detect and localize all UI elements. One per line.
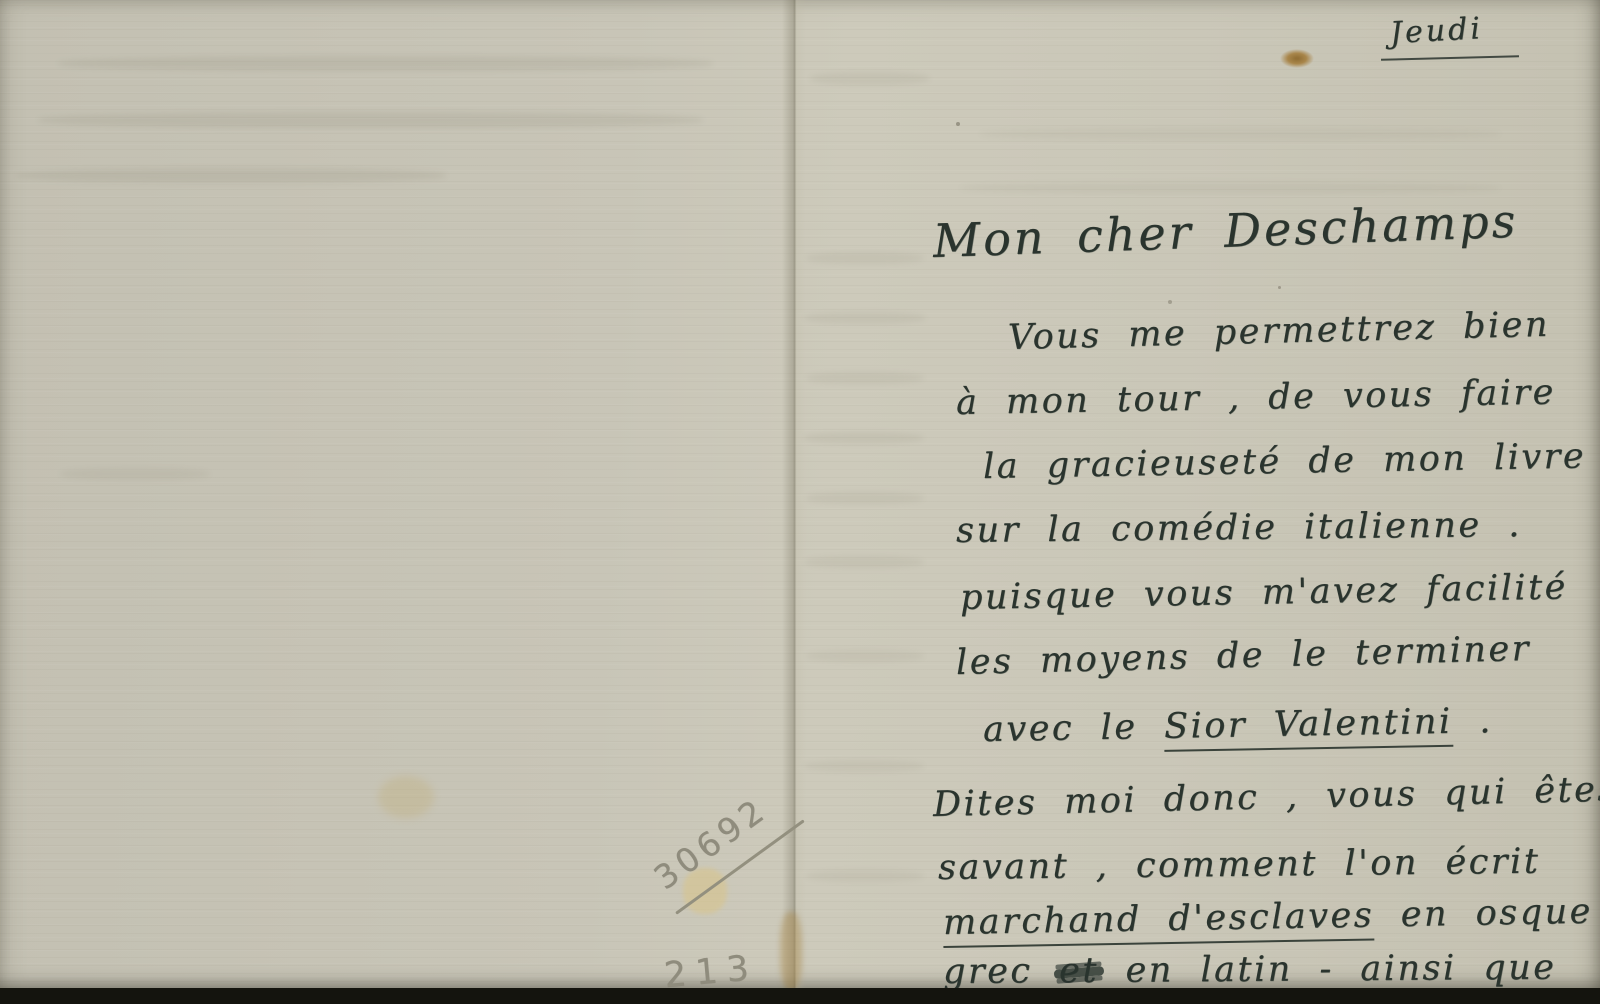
scanner-background-edge: [0, 988, 1600, 1004]
letter-text: la gracieuseté de mon livre: [983, 436, 1587, 487]
letter-paper-bifolium: Jeudi Mon cher Deschamps Vous me permett…: [0, 0, 1600, 990]
letter-text: - ainsi que: [1293, 948, 1557, 990]
letter-line: les moyens de le terminer: [956, 629, 1532, 683]
scribbled-out-word: et: [1059, 951, 1099, 991]
letter-text: à mon tour , de vous faire: [956, 373, 1556, 423]
underlined-text: Sior Valentini: [1164, 702, 1453, 752]
letter-line: sur la comédie italienne .: [956, 505, 1522, 551]
letter-line: Dites moi donc , vous qui êtes: [933, 769, 1600, 825]
letter-text: Dites moi donc , vous qui êtes: [933, 769, 1600, 825]
letter-text: savant , comment l'on écrit: [938, 842, 1541, 888]
letter-line: grec et en latin - ainsi que: [943, 948, 1557, 992]
letter-line: Vous me permettrez bien: [1008, 305, 1551, 358]
letter-text: en: [1099, 950, 1201, 991]
letter-line: puisque vous m'avez facilité: [960, 567, 1568, 618]
letter-body: Vous me permettrez bienà mon tour , de v…: [0, 0, 1600, 990]
letter-line: la gracieuseté de mon livre: [983, 436, 1587, 487]
letter-text: en osque , etc: [1374, 889, 1600, 935]
letter-line: marchand d'esclaves en osque , etc: [943, 889, 1600, 943]
letter-text: sur la comédie italienne .: [956, 505, 1522, 551]
underlined-text: marchand d'esclaves: [943, 895, 1375, 948]
letter-line: à mon tour , de vous faire: [956, 373, 1556, 423]
letter-text: les moyens de le terminer: [956, 629, 1532, 683]
scanned-letter: Jeudi Mon cher Deschamps Vous me permett…: [0, 0, 1600, 1004]
letter-text: avec le: [983, 707, 1165, 750]
letter-line: savant , comment l'on écrit: [938, 842, 1541, 888]
letter-text: .: [1452, 701, 1493, 742]
letter-text: puisque vous m'avez facilité: [960, 567, 1568, 618]
letter-line: avec le Sior Valentini .: [983, 701, 1493, 750]
letter-text: Vous me permettrez bien: [1008, 305, 1551, 358]
